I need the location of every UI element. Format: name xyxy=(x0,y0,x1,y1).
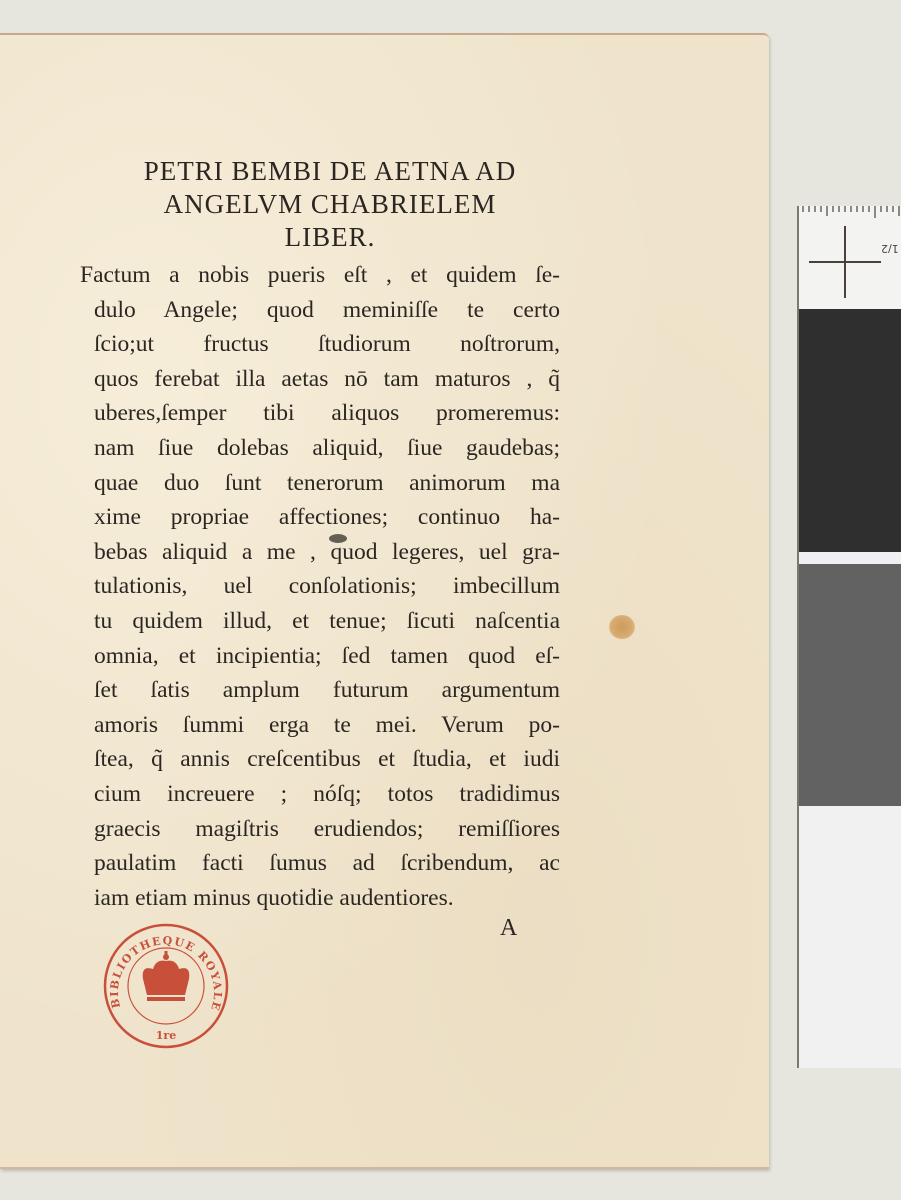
book-page: PETRI BEMBI DE AETNA AD ANGELVM CHABRIEL… xyxy=(0,33,769,1169)
text-line: paulatim facti ſumus ad ſcribendum, ac xyxy=(80,846,560,881)
text-line: graecis magiſtris erudiendos; remiſſiore… xyxy=(80,812,560,847)
foxing-stain xyxy=(609,615,635,639)
text-line: quae duo ſunt tenerorum animorum ma xyxy=(80,466,560,501)
white-patch xyxy=(799,806,901,1068)
text-line: omnia, et incipientia; ſed tamen quod eſ… xyxy=(80,639,560,674)
ink-blot xyxy=(329,534,347,543)
text-line: Factum a nobis pueris eſt , et quidem ſe… xyxy=(80,258,560,293)
text-line: ſet ſatis amplum futurum argumentum xyxy=(80,673,560,708)
page-title: PETRI BEMBI DE AETNA AD ANGELVM CHABRIEL… xyxy=(80,155,580,254)
text-line: tu quidem illud, et tenue; ſicuti naſcen… xyxy=(80,604,560,639)
text-line: iam etiam minus quotidie audentiores. xyxy=(80,881,560,916)
text-line: nam ſiue dolebas aliquid, ſiue gaudebas; xyxy=(80,431,560,466)
library-stamp: BIBLIOTHEQUE ROYALE 1re xyxy=(101,921,231,1051)
title-line: PETRI BEMBI DE AETNA AD xyxy=(80,155,580,188)
gray-patch xyxy=(799,564,901,806)
text-line: cium increuere ; nóſq; totos tradidimus xyxy=(80,777,560,812)
crosshair-icon xyxy=(844,226,846,298)
ruler-ticks xyxy=(799,206,901,218)
color-reference-scale: 1/2 xyxy=(797,206,901,1068)
stamp-bottom-mark: 1re xyxy=(156,1029,176,1042)
text-line: bebas aliquid a me , quod legeres, uel g… xyxy=(80,535,560,570)
text-line: dulo Angele; quod meminiſſe te certo xyxy=(80,293,560,328)
body-text: Factum a nobis pueris eſt , et quidem ſe… xyxy=(80,258,560,915)
text-line: amoris ſummi erga te mei. Verum po- xyxy=(80,708,560,743)
text-line: quos ferebat illa aetas nō tam maturos ,… xyxy=(80,362,560,397)
signature-mark: A xyxy=(500,915,517,942)
text-line: uberes,ſemper tibi aliquos promeremus: xyxy=(80,396,560,431)
crown-icon xyxy=(143,951,190,1001)
text-line: xime propriae affectiones; continuo ha- xyxy=(80,500,560,535)
text-line: ſcio;ut fructus ſtudiorum noſtrorum, xyxy=(80,327,560,362)
title-line: LIBER. xyxy=(80,221,580,254)
title-line: ANGELVM CHABRIELEM xyxy=(80,188,580,221)
scale-label: 1/2 xyxy=(881,242,899,255)
white-strip xyxy=(799,552,901,564)
black-patch xyxy=(799,309,901,552)
text-line: tulationis, uel conſolationis; imbecillu… xyxy=(80,569,560,604)
text-line: ſtea, q̃ annis creſcentibus et ſtudia, e… xyxy=(80,742,560,777)
